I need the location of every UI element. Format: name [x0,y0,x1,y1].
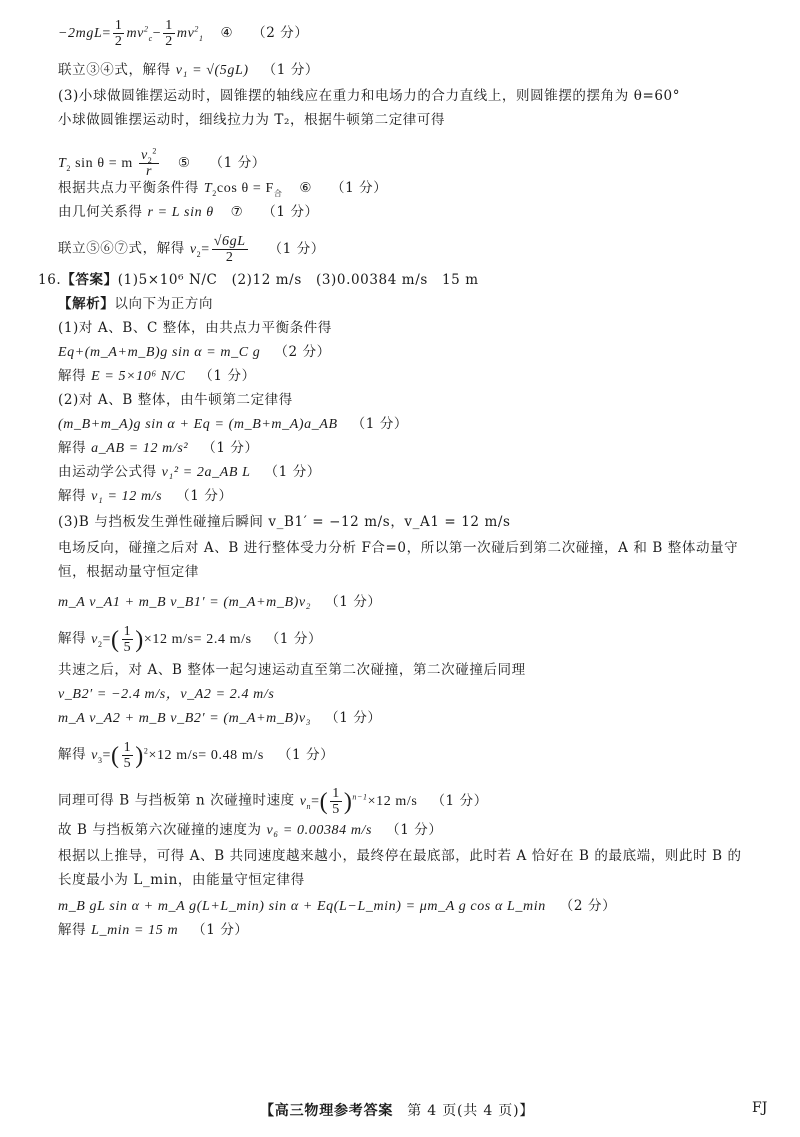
q16-analysis-header: 【解析】以向下为正方向 [58,294,213,314]
page-footer: 【高三物理参考答案第 4 页(共 4 页)】 [260,1100,534,1120]
text-line: 根据以上推导，可得 A、B 共同速度越来越小，最终停在最底部，此时若 A 恰好在… [58,846,742,866]
text-line: m_A v_A1 + m_B v_B1′ = (m_A+m_B)v₂（1 分） [58,592,382,613]
text-line: 故 B 与挡板第六次碰撞的速度为 v₆ = 0.00384 m/s（1 分） [58,820,442,841]
text-line: 解得 v₁ = 12 m/s（1 分） [58,486,233,507]
text-line: Eq+(m_A+m_B)g sin α = m_C g（2 分） [58,342,331,363]
equation-energy: −2mgL=12mv2c−12mv21 ④ （2 分） [58,18,309,49]
text-line: (2)对 A、B 整体，由牛顿第二定律得 [58,390,293,410]
text-line: 小球做圆锥摆运动时，细线拉力为 T₂，根据牛顿第二定律可得 [58,110,445,130]
text-line: (3)B 与挡板发生弹性碰撞后瞬间 v_B1′ = −12 m/s，v_A1 =… [58,512,511,532]
text-line: m_B gL sin α + m_A g(L+L_min) sin α + Eq… [58,896,616,917]
page-number: 第 4 页(共 4 页)】 [407,1103,534,1119]
text-line: 长度最小为 L_min，由能量守恒定律得 [58,870,305,890]
text-line: 由运动学公式得 v₁² = 2a_AB L（1 分） [58,462,321,483]
text-line: 解得 E = 5×10⁶ N/C（1 分） [58,366,256,387]
text-line: 联立③④式，解得 v₁ = √(5gL)（1 分） [58,60,319,81]
text-line: 电场反向，碰撞之后对 A、B 进行整体受力分析 F合=0，所以第一次碰后到第二次… [58,538,738,558]
text-line: 解得 a_AB = 12 m/s²（1 分） [58,438,259,459]
equation-v3: 解得 v3=(15)2×12 m/s= 0.48 m/s（1 分） [58,740,334,771]
answer-page: −2mgL=12mv2c−12mv21 ④ （2 分） 联立③④式，解得 v₁ … [0,0,800,1137]
text-line: 恒，根据动量守恒定律 [58,562,199,582]
equation-v2: 解得 v2=(15)×12 m/s= 2.4 m/s（1 分） [58,624,322,655]
text-line: 解得 L_min = 15 m（1 分） [58,920,249,941]
footer-code: FJ [752,1100,767,1116]
text-line: 联立⑤⑥⑦式，解得 v2=√6gL2 （1 分） [58,234,325,265]
equation-5: T2 sin θ = m v22r ⑤ （1 分） [58,148,266,179]
text-line: v_B2′ = −2.4 m/s，v_A2 = 2.4 m/s [58,684,274,705]
q16-answer: 16.【答案】(1)5×10⁶ N/C (2)12 m/s (3)0.00384… [38,270,479,290]
footer-title: 【高三物理参考答案 [260,1103,393,1119]
text-line: 共速之后，对 A、B 整体一起匀速运动直至第二次碰撞，第二次碰撞后同理 [58,660,526,680]
equation-vn: 同理可得 B 与挡板第 n 次碰撞时速度 vn=(15)n−1×12 m/s（1… [58,786,488,817]
text-line: 由几何关系得 r = L sin θ ⑦ （1 分） [58,202,319,223]
text-line: (m_B+m_A)g sin α + Eq = (m_B+m_A)a_AB（1 … [58,414,408,435]
text-line: m_A v_A2 + m_B v_B2′ = (m_A+m_B)v₃（1 分） [58,708,382,729]
text-line: (3)小球做圆锥摆运动时，圆锥摆的轴线应在重力和电场力的合力直线上，则圆锥摆的摆… [58,86,680,106]
text-line: (1)对 A、B、C 整体，由共点力平衡条件得 [58,318,332,338]
text-line: 根据共点力平衡条件得 T2cos θ = F合 ⑥ （1 分） [58,178,387,199]
